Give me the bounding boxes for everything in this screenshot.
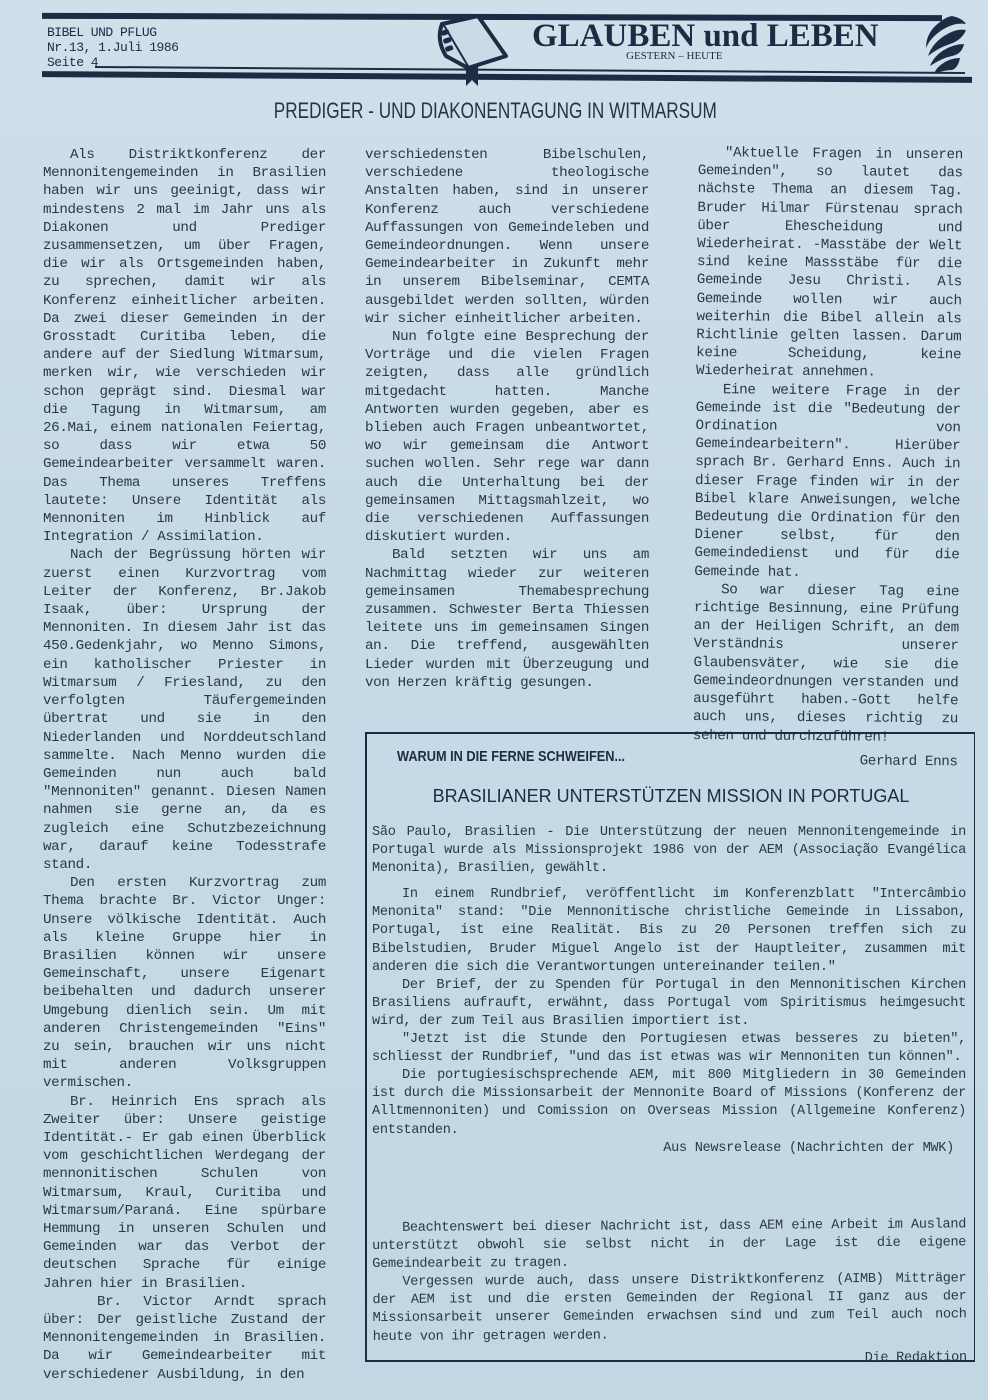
- flame-icon: [912, 14, 970, 76]
- paragraph: São Paulo, Brasilien - Die Unterstützung…: [372, 824, 966, 878]
- article-column-3: "Aktuelle Fragen in unseren Gemeinden", …: [693, 144, 963, 771]
- boxed-article: WARUM IN DIE FERNE SCHWEIFEN... BRASILIA…: [365, 732, 975, 1362]
- paragraph: In einem Rundbrief, veröffentlicht im Ko…: [372, 886, 966, 976]
- box-title: BRASILIANER UNTERSTÜTZEN MISSION IN PORT…: [367, 786, 975, 807]
- paragraph: Beachtenswert bei dieser Nachricht ist, …: [372, 1216, 966, 1274]
- paragraph: Den ersten Kurzvortrag zum Thema brachte…: [43, 874, 326, 1092]
- article-column-1: Als Distriktkonferenz der Mennonitengeme…: [43, 146, 326, 1384]
- book-icon: [432, 10, 512, 86]
- paragraph: Vergessen wurde auch, dass unsere Distri…: [372, 1271, 966, 1347]
- editor-note: Beachtenswert bei dieser Nachricht ist, …: [372, 1216, 967, 1370]
- paragraph: So war dieser Tag eine richtige Besinnun…: [693, 581, 959, 747]
- section-subtitle: GESTERN – HEUTE: [626, 50, 723, 62]
- source-credit: Aus Newsrelease (Nachrichten der MWK): [372, 1140, 954, 1158]
- paragraph: Als Distriktkonferenz der Mennonitengeme…: [43, 146, 326, 546]
- paragraph: Eine weitere Frage in der Gemeinde ist d…: [694, 381, 961, 584]
- paragraph: Nun folgte eine Besprechung der Vorträge…: [365, 328, 649, 546]
- paragraph: Nach der Begrüssung hörten wir zuerst ei…: [43, 546, 326, 874]
- paragraph: "Jetzt ist die Stunde den Portugiesen et…: [372, 1031, 966, 1067]
- paragraph: "Aktuelle Fragen in unseren Gemeinden", …: [696, 144, 963, 383]
- box-body: São Paulo, Brasilien - Die Unterstützung…: [372, 824, 966, 1158]
- paragraph: Der Brief, der zu Spenden für Portugal i…: [372, 977, 966, 1031]
- article-column-2: verschiedensten Bibelschulen, verschiede…: [365, 146, 649, 692]
- publication-name: BIBEL UND PFLUG: [47, 25, 178, 40]
- article-headline: PREDIGER - UND DIAKONENTAGUNG IN WITMARS…: [110, 98, 881, 124]
- paragraph: Br. Victor Arndt sprach über: Der geistl…: [43, 1293, 326, 1384]
- newspaper-page: BIBEL UND PFLUG Nr.13, 1.Juli 1986 Seite…: [0, 0, 988, 1400]
- paragraph: Br. Heinrich Ens sprach als Zweiter über…: [43, 1093, 326, 1293]
- paragraph: Die portugiesischsprechende AEM, mit 800…: [372, 1067, 966, 1139]
- editor-signature: Die Redaktion: [373, 1349, 967, 1371]
- paragraph: verschiedensten Bibelschulen, verschiede…: [365, 146, 649, 328]
- issue-info: BIBEL UND PFLUG Nr.13, 1.Juli 1986 Seite…: [47, 25, 178, 70]
- page-number: Seite 4: [47, 55, 178, 70]
- box-kicker: WARUM IN DIE FERNE SCHWEIFEN...: [397, 748, 625, 765]
- paragraph: Bald setzten wir uns am Nachmittag wiede…: [365, 546, 649, 692]
- issue-number: Nr.13, 1.Juli 1986: [47, 40, 178, 55]
